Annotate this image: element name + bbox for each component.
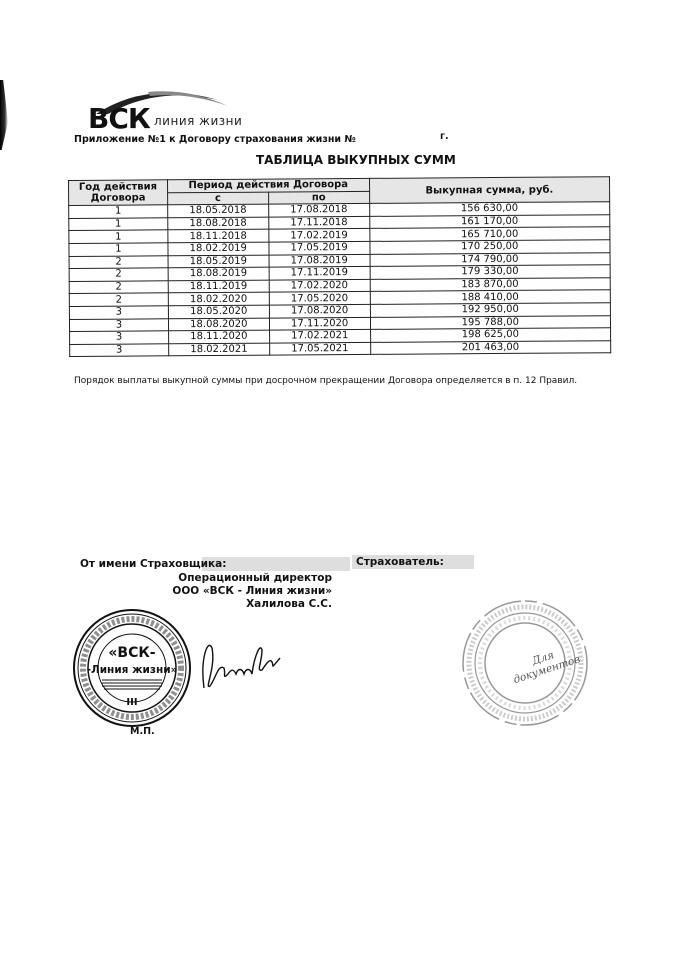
cell-year: 3 [69, 318, 168, 331]
scan-edge-mark [0, 80, 8, 150]
header-to: по [268, 191, 369, 204]
cell-to: 17.05.2021 [269, 342, 370, 355]
header-period: Период действия Договора [167, 178, 369, 192]
cell-from: 18.05.2020 [168, 305, 269, 318]
cell-from: 18.08.2020 [168, 318, 269, 331]
cell-from: 18.11.2019 [168, 280, 269, 293]
insurer-stamp-line-2: -Линия жизни» [72, 664, 192, 676]
header-from: с [167, 192, 268, 205]
cell-to: 17.08.2019 [269, 254, 370, 267]
cell-to: 17.05.2020 [269, 292, 370, 305]
cell-year: 1 [69, 243, 168, 256]
cell-year: 1 [69, 230, 168, 243]
table-body: 118.05.201817.08.2018156 630,00118.08.20… [69, 202, 611, 357]
signer-name: Халилова С.С. [246, 598, 332, 610]
cell-to: 17.08.2020 [269, 304, 370, 317]
note-text: Порядок выплаты выкупной суммы при досро… [74, 376, 577, 386]
cell-year: 3 [70, 331, 169, 344]
cell-to: 17.05.2019 [269, 241, 370, 254]
cell-to: 17.02.2021 [269, 330, 370, 343]
cell-year: 3 [70, 344, 169, 357]
year-suffix: г. [440, 131, 449, 142]
cell-from: 18.02.2020 [168, 292, 269, 305]
cell-sum: 201 463,00 [370, 340, 611, 354]
signer-company: ООО «ВСК - Линия жизни» [172, 585, 332, 597]
cell-from: 18.11.2018 [168, 229, 269, 242]
cell-year: 2 [69, 255, 168, 268]
cell-to: 17.11.2020 [269, 317, 370, 330]
cell-to: 17.02.2019 [269, 229, 370, 242]
signer-position: Операционный директор [178, 572, 332, 584]
cell-to: 17.02.2020 [269, 279, 370, 292]
insured-label: Страхователь: [352, 555, 474, 569]
cell-from: 18.11.2020 [168, 330, 269, 343]
table-row: 318.02.202117.05.2021201 463,00 [70, 340, 611, 356]
vsk-logo: ВСК линия жизни [88, 86, 288, 134]
logo-brand: ВСК [88, 102, 150, 135]
cell-to: 17.08.2018 [268, 204, 369, 217]
cell-year: 2 [69, 268, 168, 281]
cell-from: 18.08.2018 [168, 217, 269, 230]
insurer-stamp-mark: III [72, 697, 192, 708]
cell-from: 18.05.2018 [168, 204, 269, 217]
cell-from: 18.02.2021 [169, 343, 270, 356]
cell-year: 1 [69, 205, 168, 218]
cell-year: 2 [69, 281, 168, 294]
document-title: ТАБЛИЦА ВЫКУПНЫХ СУММ [256, 153, 456, 167]
cell-from: 18.05.2019 [168, 255, 269, 268]
signature-icon [196, 628, 286, 698]
cell-to: 17.11.2018 [268, 216, 369, 229]
header-year: Год действия Договора [69, 180, 168, 206]
seal-place-label: М.П. [130, 726, 155, 737]
cell-to: 17.11.2019 [269, 267, 370, 280]
cell-from: 18.08.2019 [168, 267, 269, 280]
header-sum: Выкупная сумма, руб. [369, 177, 610, 204]
ransom-sums-table: Год действия Договора Период действия До… [68, 176, 611, 357]
cell-year: 1 [69, 218, 168, 231]
insurer-label: От имени Страховщика: [80, 557, 350, 571]
insurer-stamp-line-1: «ВСК- [72, 645, 192, 661]
logo-subtitle: линия жизни [154, 114, 242, 128]
cell-from: 18.02.2019 [168, 242, 269, 255]
cell-year: 3 [69, 306, 168, 319]
cell-year: 2 [69, 293, 168, 306]
annex-heading: Приложение №1 к Договору страхования жиз… [74, 134, 356, 145]
